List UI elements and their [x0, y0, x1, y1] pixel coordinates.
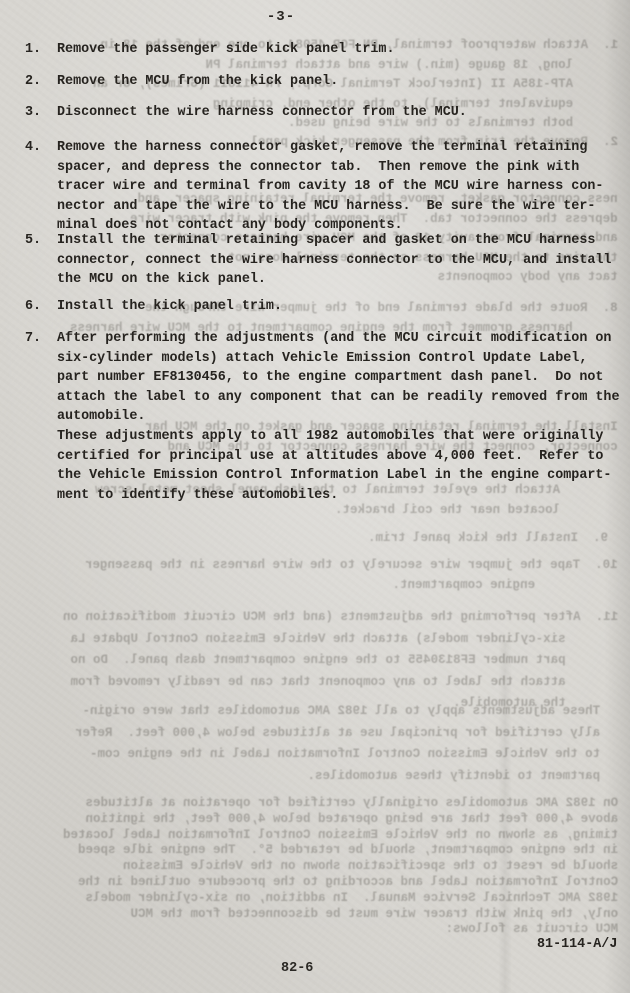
bleedthrough-text: 9. Install the kick panel trim. [368, 529, 608, 549]
bleedthrough-text: These adjustments apply to all 1982 AMC … [75, 701, 600, 787]
list-item: 5. Install the terminal retaining spacer… [25, 231, 611, 290]
bleedthrough-text: 10. Tape the jumper wire securely to the… [85, 556, 618, 595]
item-number: 1. [25, 40, 57, 60]
item-number: 4. [25, 138, 57, 236]
closing-paragraph: These adjustments apply to all 1982 auto… [57, 427, 611, 505]
item-text: Disconnect the wire harness connector fr… [57, 103, 467, 123]
footer-page-number: 82-6 [281, 961, 313, 976]
bleedthrough-text: 11. After performing the adjustments (an… [63, 607, 618, 715]
list-item: 3. Disconnect the wire harness connector… [25, 103, 467, 123]
item-text: Install the terminal retaining spacer an… [57, 231, 611, 290]
list-item: 6. Install the kick panel trim. [25, 297, 282, 317]
item-number: 6. [25, 297, 57, 317]
list-item: 7. After performing the adjustments (and… [25, 329, 620, 427]
list-item: 1. Remove the passenger side kick panel … [25, 40, 395, 60]
item-text: Remove the MCU from the kick panel. [57, 72, 338, 92]
item-text: Remove the harness connector gasket, rem… [57, 138, 603, 236]
list-item: 2. Remove the MCU from the kick panel. [25, 72, 338, 92]
item-text: Remove the passenger side kick panel tri… [57, 40, 395, 60]
bleedthrough-text: On 1982 AMC automobiles originally certi… [63, 796, 618, 938]
item-text: Install the kick panel trim. [57, 297, 282, 317]
item-number: 3. [25, 103, 57, 123]
item-number: 7. [25, 329, 57, 427]
item-number: 5. [25, 231, 57, 290]
list-item: 4. Remove the harness connector gasket, … [25, 138, 603, 236]
page-number: -3- [0, 9, 596, 25]
item-number: 2. [25, 72, 57, 92]
footer-document-code: 81-114-A/J [537, 937, 617, 952]
scanned-page: 1. Attach waterproof terminal, PN FOR 45… [0, 0, 630, 993]
item-text: After performing the adjustments (and th… [57, 329, 620, 427]
